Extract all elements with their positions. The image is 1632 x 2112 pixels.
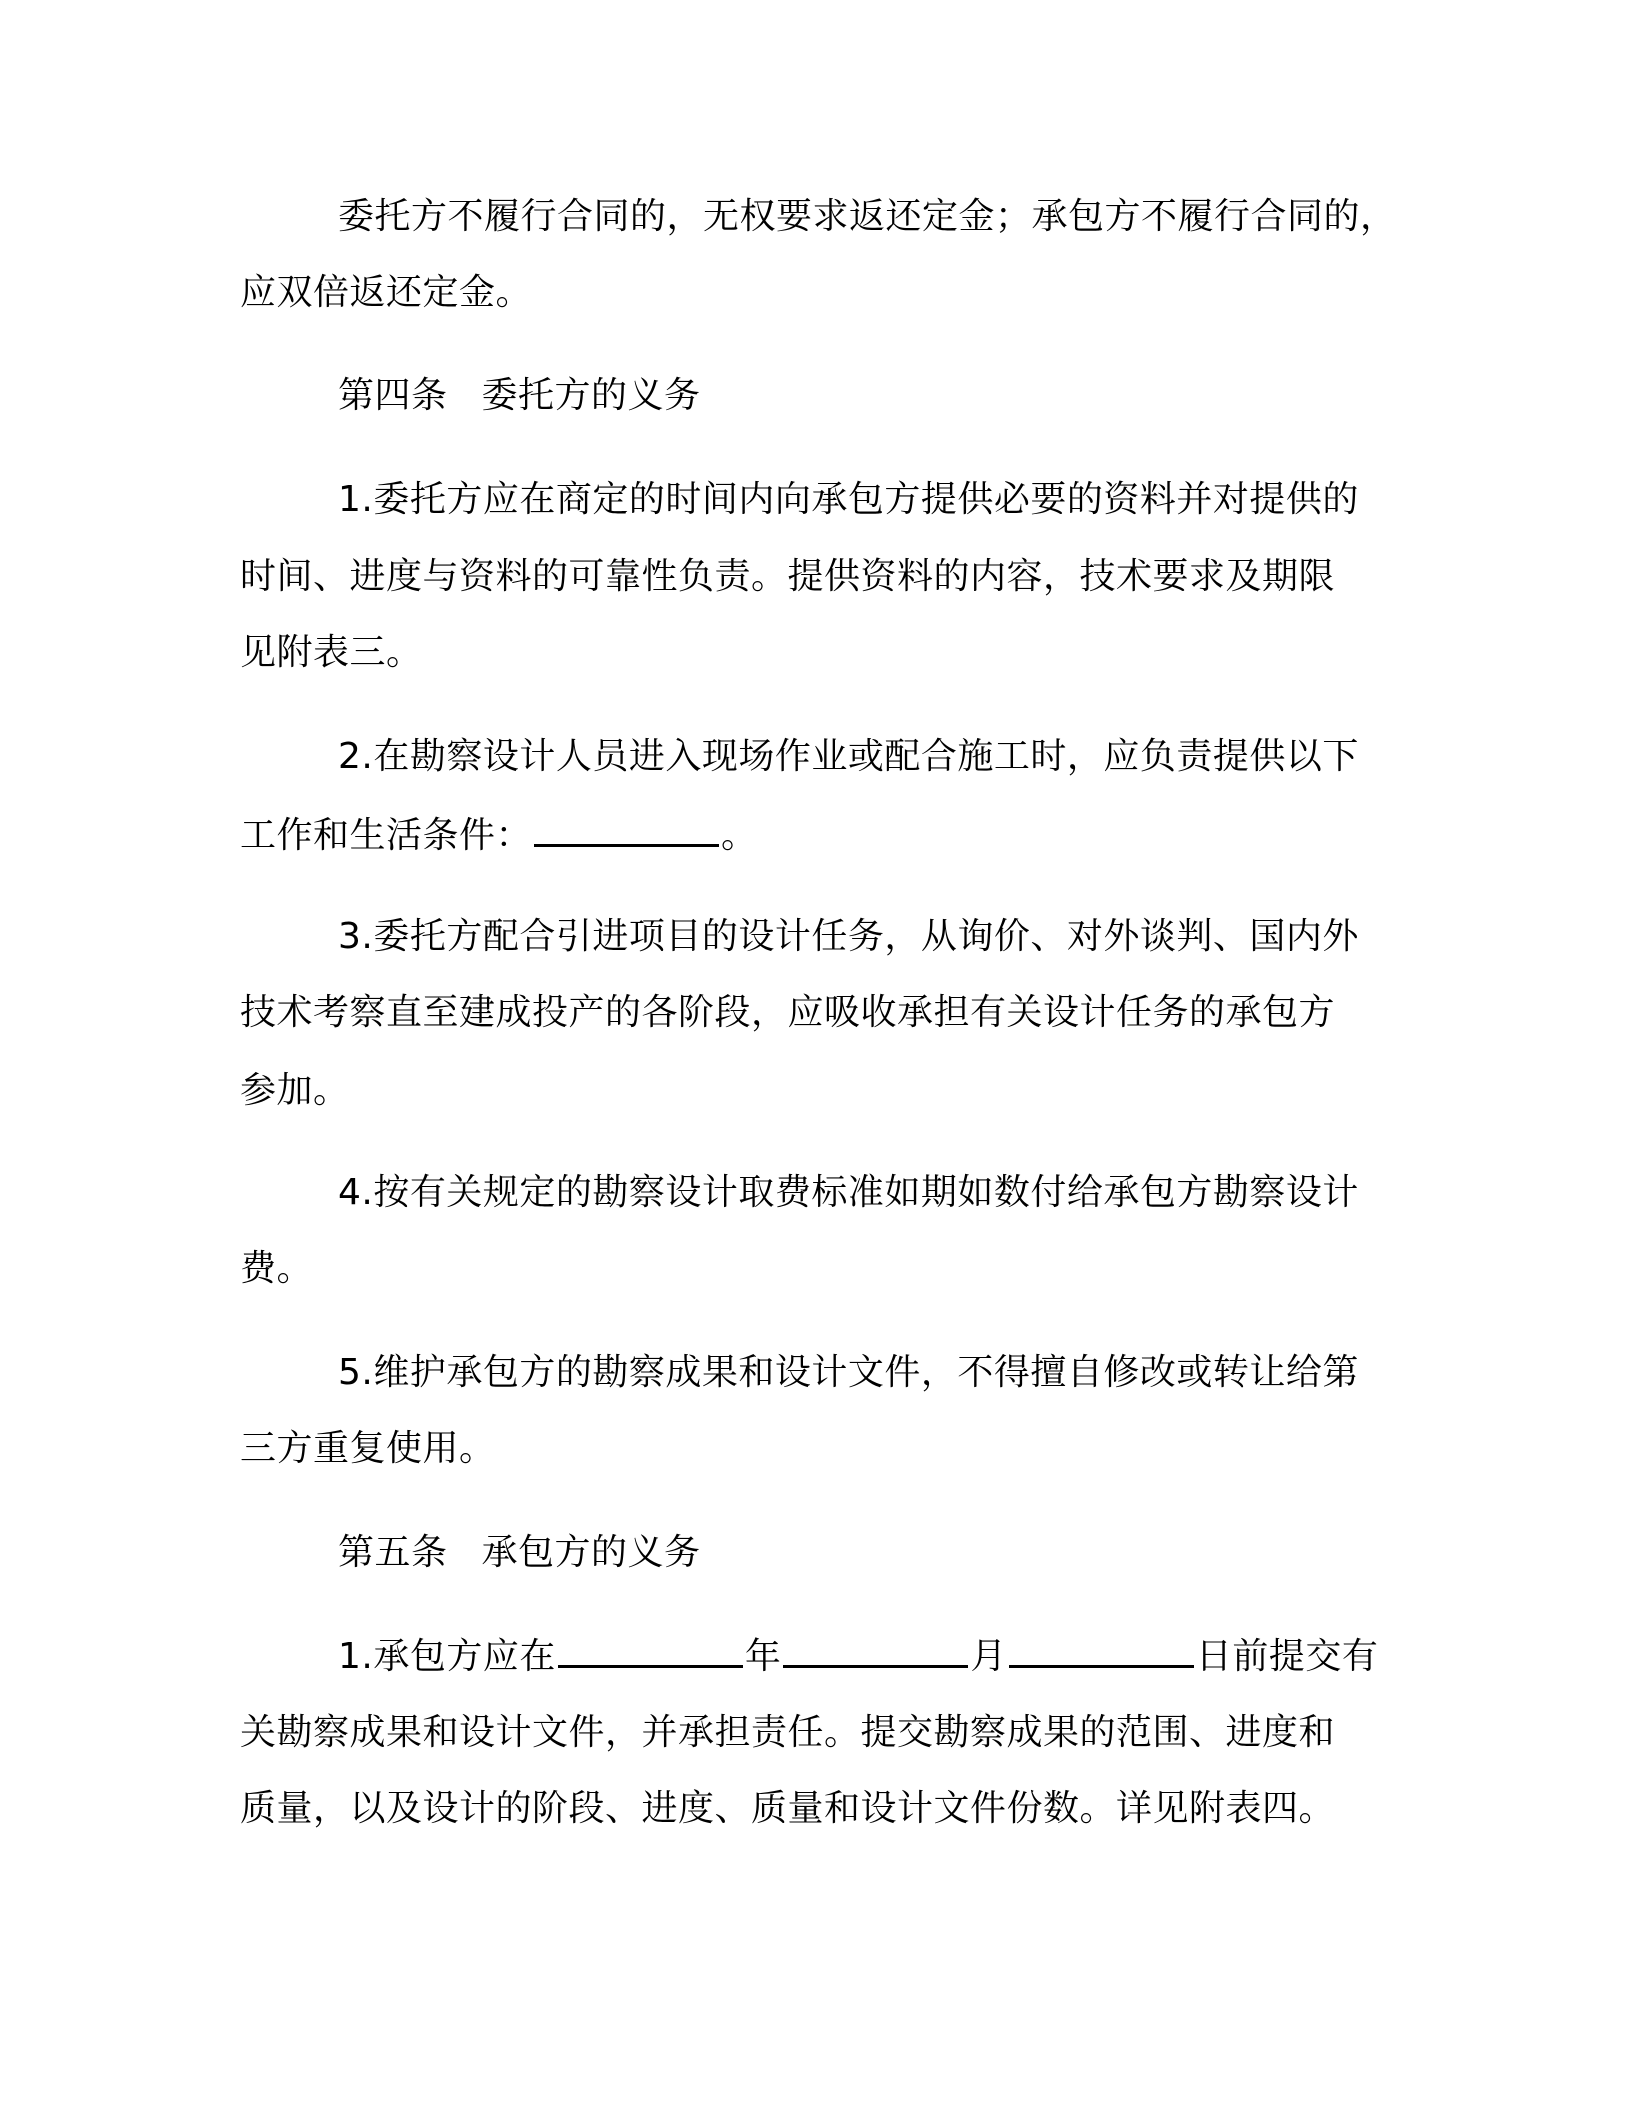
month-label: 月 xyxy=(970,1636,1007,1677)
article-4-item-4-line-1: 4.按有关规定的勘察设计取费标准如期如数付给承包方勘察设计 xyxy=(338,1168,1518,1218)
article-4-item-3-line-3: 参加。 xyxy=(240,1066,1420,1116)
fill-in-blank-month[interactable] xyxy=(783,1635,968,1668)
article-4-heading: 第四条委托方的义务 xyxy=(338,371,1518,421)
document-page: 委托方不履行合同的，无权要求返还定金；承包方不履行合同的， 应双倍返还定金。 第… xyxy=(0,0,1632,2112)
fill-in-blank-year[interactable] xyxy=(558,1635,743,1668)
article-5-heading: 第五条承包方的义务 xyxy=(338,1528,1518,1578)
article-4-item-5-line-1: 5.维护承包方的勘察成果和设计文件，不得擅自修改或转让给第 xyxy=(338,1348,1518,1398)
article-4-item-1-line-2: 时间、进度与资料的可靠性负责。提供资料的内容，技术要求及期限 xyxy=(240,552,1420,602)
article-5-item-1-line-1: 1.承包方应在年月日前提交有 xyxy=(338,1632,1518,1682)
article-4-item-2-suffix: 。 xyxy=(721,815,758,856)
article-5-title: 承包方的义务 xyxy=(482,1532,701,1573)
fill-in-blank-day[interactable] xyxy=(1009,1635,1194,1668)
article-4-item-2-line-2: 工作和生活条件：。 xyxy=(240,811,1420,861)
article-5-item-1-prefix: 1.承包方应在 xyxy=(338,1636,556,1677)
paragraph-deposit-line-1: 委托方不履行合同的，无权要求返还定金；承包方不履行合同的， xyxy=(338,192,1518,242)
article-4-title: 委托方的义务 xyxy=(482,375,701,416)
article-5-item-1-line-2: 关勘察成果和设计文件，并承担责任。提交勘察成果的范围、进度和 xyxy=(240,1708,1420,1758)
article-5-number: 第五条 xyxy=(338,1532,448,1573)
article-4-item-2-line-1: 2.在勘察设计人员进入现场作业或配合施工时，应负责提供以下 xyxy=(338,732,1518,782)
paragraph-deposit-line-2: 应双倍返还定金。 xyxy=(240,268,1420,318)
article-4-item-1-line-1: 1.委托方应在商定的时间内向承包方提供必要的资料并对提供的 xyxy=(338,475,1518,525)
article-4-item-1-line-3: 见附表三。 xyxy=(240,628,1420,678)
article-4-item-3-line-1: 3.委托方配合引进项目的设计任务，从询价、对外谈判、国内外 xyxy=(338,912,1518,962)
year-label: 年 xyxy=(745,1636,782,1677)
article-4-number: 第四条 xyxy=(338,375,448,416)
fill-in-blank-conditions[interactable] xyxy=(534,814,719,847)
article-4-item-4-line-2: 费。 xyxy=(240,1244,1420,1294)
article-4-item-3-line-2: 技术考察直至建成投产的各阶段，应吸收承担有关设计任务的承包方 xyxy=(240,988,1420,1038)
article-4-item-2-text: 工作和生活条件： xyxy=(240,815,532,856)
article-5-item-1-suffix: 日前提交有 xyxy=(1196,1636,1379,1677)
article-5-item-1-line-3: 质量，以及设计的阶段、进度、质量和设计文件份数。详见附表四。 xyxy=(240,1784,1420,1834)
article-4-item-5-line-2: 三方重复使用。 xyxy=(240,1424,1420,1474)
